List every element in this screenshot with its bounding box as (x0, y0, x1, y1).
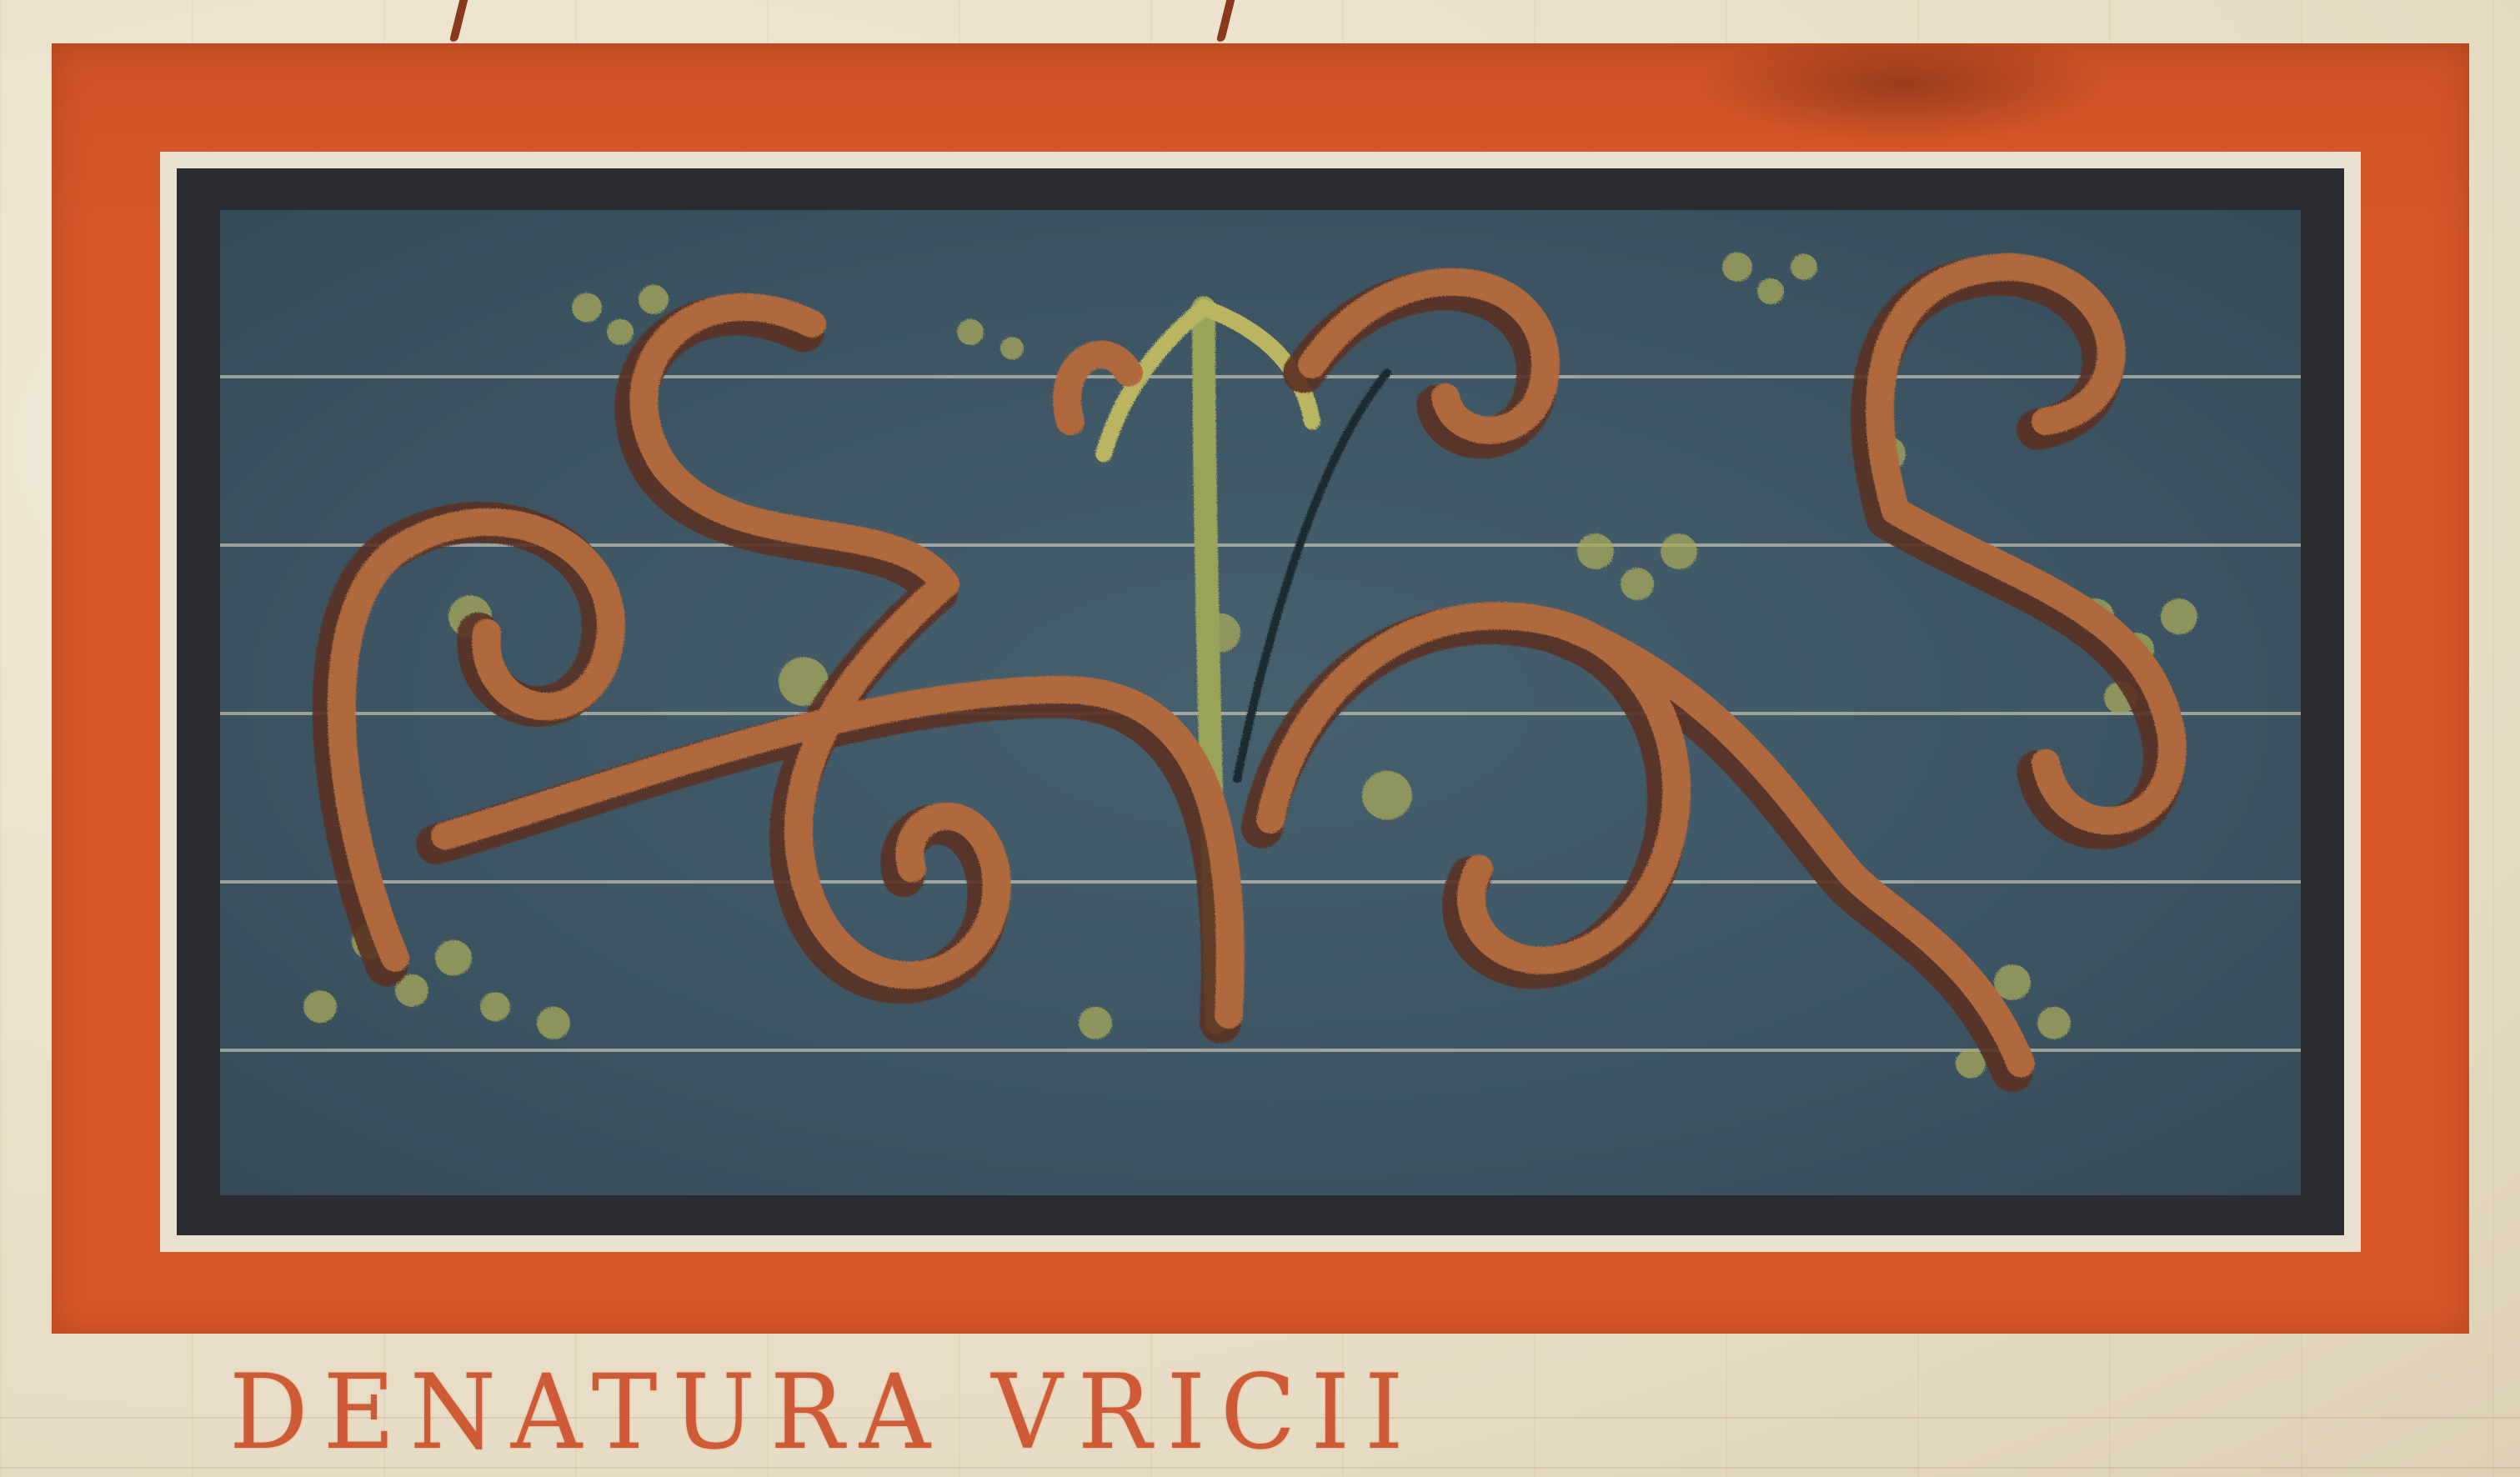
scroll-ornament (220, 210, 2301, 1195)
stain (1694, 43, 2111, 143)
ornament-field (220, 210, 2301, 1195)
black-border (177, 168, 2344, 1235)
inner-cream-band (160, 152, 2361, 1252)
rubric-title: DENATURA VRICII (229, 1352, 1419, 1473)
outer-red-frame (52, 43, 2469, 1334)
